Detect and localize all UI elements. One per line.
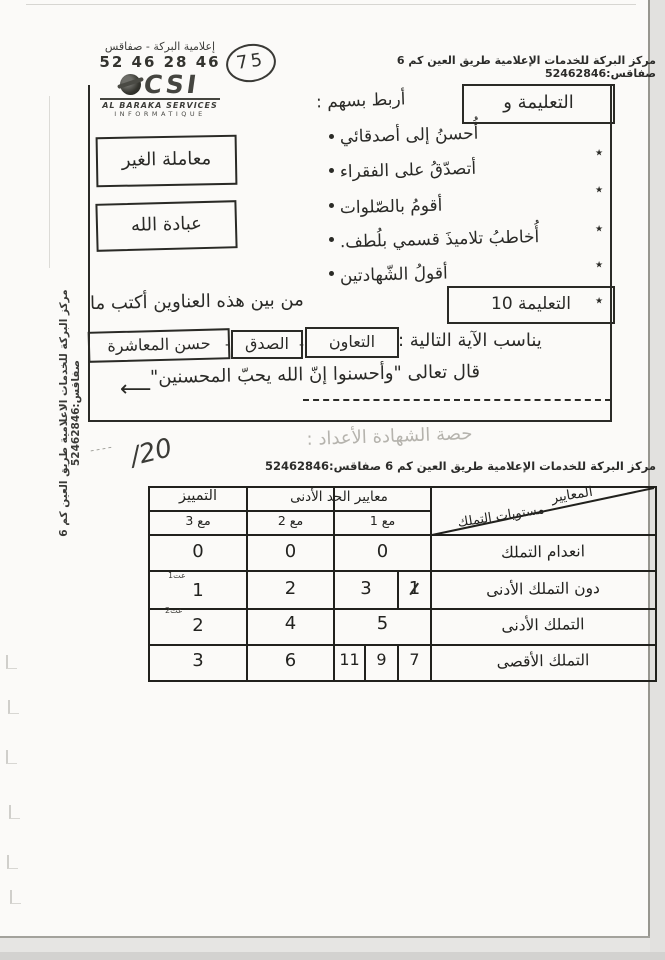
dot-marker-icon <box>329 271 334 276</box>
cell-value: 11 <box>335 650 364 669</box>
exercise1-title-box: التعليمة و <box>462 84 615 124</box>
table-line <box>148 644 657 646</box>
left-arrow-icon: ⟵ <box>120 377 166 402</box>
binding-mark <box>6 655 17 669</box>
match-item: أتصدّقُ على الفقراء <box>340 156 593 197</box>
stamp-arabic-name: إعلامية البركة - صفاقس <box>84 40 236 53</box>
stamp-brand-bar: AL BARAKA SERVICES INFORMATIQUE <box>100 98 220 118</box>
globe-icon <box>120 74 141 95</box>
exercise2-line2-prefix: يناسب الآية التالية : <box>398 330 610 351</box>
dot-marker-icon <box>329 203 334 208</box>
stamp-brand-line2: INFORMATIQUE <box>100 110 220 118</box>
exercise2-title-box: التعليمة 10 <box>447 286 615 324</box>
option-box-honesty: الصدق <box>231 330 303 359</box>
scan-smudge <box>49 96 50 268</box>
subheader-crit2: مع 2 <box>248 513 333 528</box>
table-line <box>148 510 432 512</box>
scanner-margin-bottom <box>0 938 650 952</box>
company-stamp: إعلامية البركة - صفاقس 52 46 28 46 CSI A… <box>84 40 236 118</box>
binding-mark <box>10 890 21 904</box>
star-marker-icon: ٭ <box>595 255 611 273</box>
cell-value: 0 <box>150 541 246 562</box>
binding-mark <box>8 700 19 714</box>
cell-value-struck: 1 <box>399 578 430 599</box>
scanner-margin-right <box>650 0 665 960</box>
scanner-margin-bottom2 <box>0 952 665 960</box>
star-marker-icon: ٭ <box>595 219 611 237</box>
header-distinction: التمييز <box>150 488 246 504</box>
category-box-others: معاملة الغير <box>96 135 238 187</box>
stamp-logo: CSI <box>84 72 236 97</box>
star-marker-icon: ٭ <box>595 180 611 198</box>
cell-value: 2 <box>150 615 246 636</box>
table-line <box>148 608 657 610</box>
page-top-edge <box>26 4 636 5</box>
csi-logo-text: CSI <box>143 72 202 97</box>
table-line <box>148 570 657 572</box>
cell-value: 0 <box>248 541 333 562</box>
row-label: دون التملك الأدنى <box>434 578 652 600</box>
subheader-crit1: مع 1 <box>335 513 430 528</box>
option-box-good-company: حسن المعاشرة <box>88 328 231 363</box>
side-vertical-header: مركز البركة للخدمات الاعلامية طريق العين… <box>58 235 78 591</box>
table-line <box>148 680 657 682</box>
frame-left-border <box>88 85 90 422</box>
stamp-phone: 52 46 28 46 <box>84 53 236 71</box>
cell-value: 2 <box>248 578 333 599</box>
row-label: التملك الأدنى <box>434 614 652 636</box>
category-box-worship: عبادة الله <box>95 200 237 252</box>
option-box-cooperation: التعاون <box>305 327 399 358</box>
struck-number: 1 <box>409 578 420 599</box>
cell-value: 3 <box>150 650 246 671</box>
cell-note: عت1 <box>168 571 186 580</box>
dot-marker-icon <box>329 237 334 242</box>
cell-note: عت2 <box>165 606 183 615</box>
dashed-answer-line <box>303 399 611 401</box>
binding-mark <box>7 855 18 869</box>
cell-value: 9 <box>366 650 397 669</box>
group-header-min-criteria: معايير الحد الأدنى <box>248 489 430 505</box>
cell-value: 5 <box>335 613 430 634</box>
stamp-brand-line1: AL BARAKA SERVICES <box>100 101 220 110</box>
binding-mark <box>9 805 20 819</box>
scanned-worksheet-page: مركز البركة للخدمات الإعلامية طريق العين… <box>0 0 665 960</box>
cell-value: 7 <box>399 650 430 669</box>
frame-right-border <box>610 85 612 422</box>
binding-mark <box>6 750 17 764</box>
row-label: التملك الأقصى <box>434 650 652 672</box>
center-header-middle: مركز البركة للخدمات الإعلامية طريق العين… <box>212 459 656 473</box>
row-label: انعدام التملك <box>434 541 652 563</box>
cell-value: 3 <box>335 578 397 599</box>
dot-marker-icon <box>329 168 334 173</box>
subheader-crit3: مع 3 <box>150 513 246 528</box>
match-item: أُحسنُ إلى أصدقائي <box>340 121 593 162</box>
dot-marker-icon <box>329 134 334 139</box>
center-header-top: مركز البركة للخدمات الإعلامية طريق العين… <box>322 54 656 80</box>
cell-value: 1 <box>150 580 246 601</box>
cell-value: 4 <box>248 613 333 634</box>
cell-value: 6 <box>248 650 333 671</box>
star-marker-icon: ٭ <box>595 143 611 161</box>
cell-value: 0 <box>335 541 430 562</box>
